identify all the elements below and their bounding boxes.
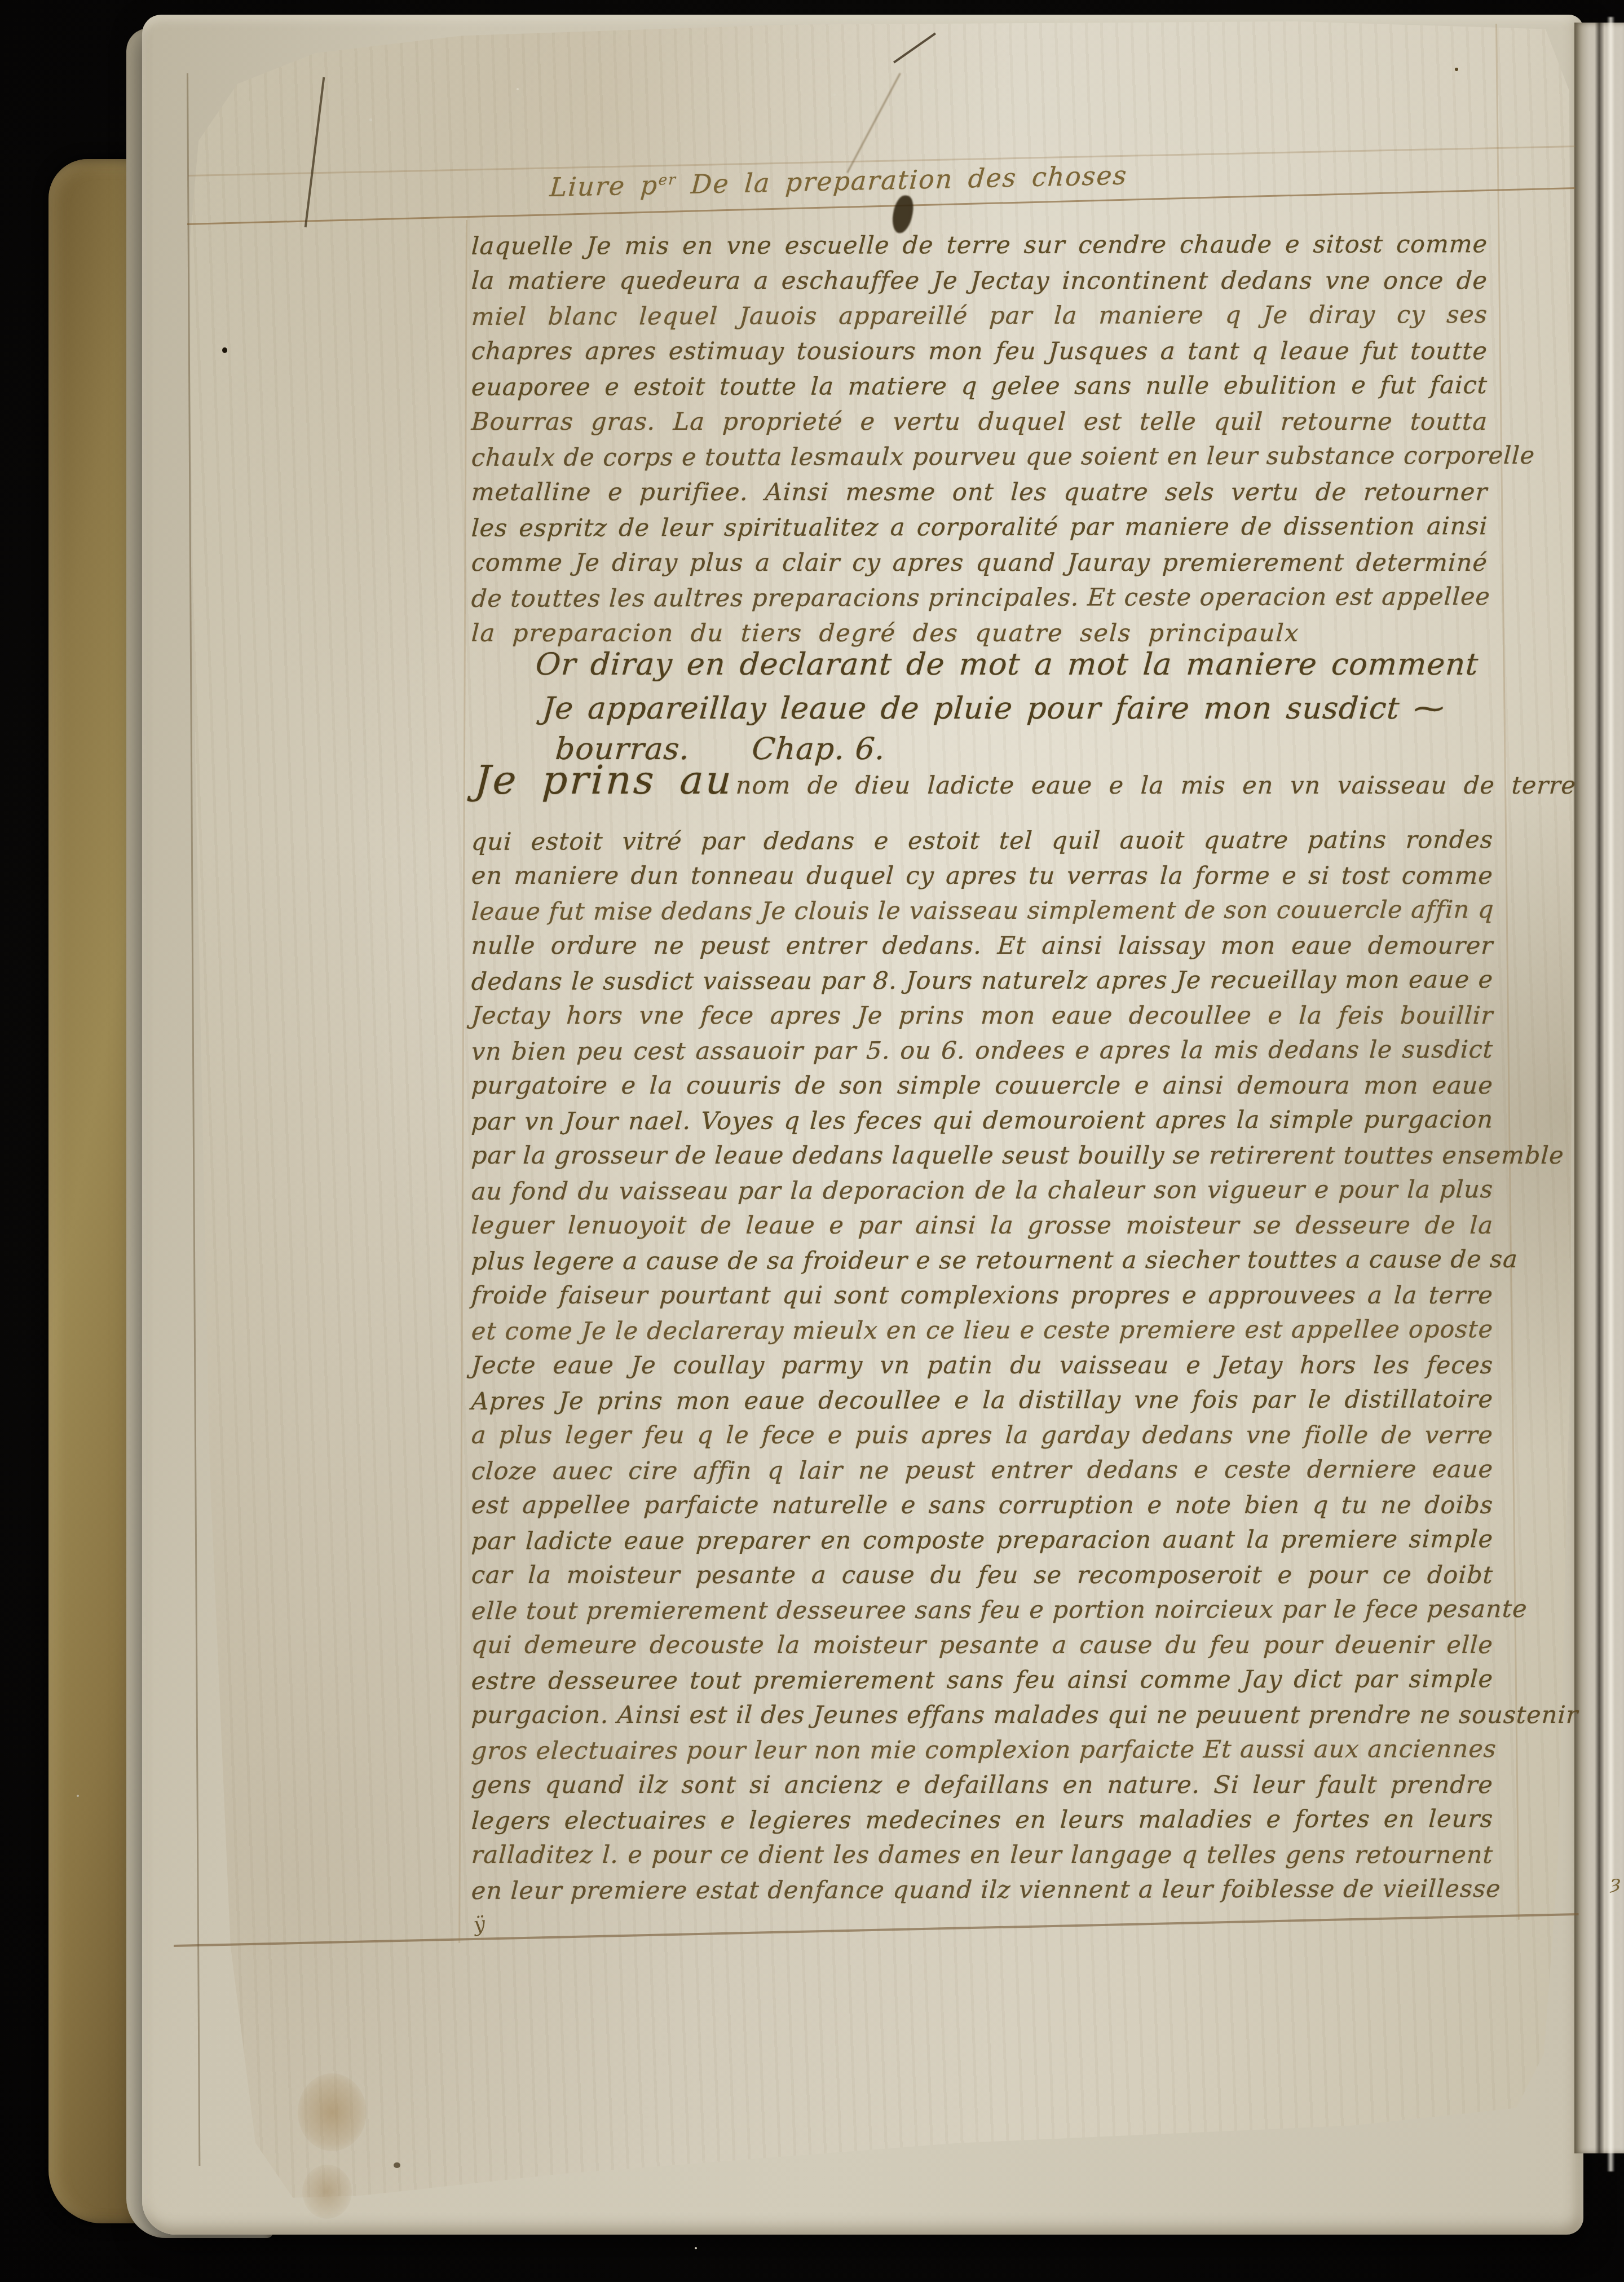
manuscript-text-line: froide faiseur pourtant qui sont complex…: [470, 1278, 1494, 1313]
manuscript-text-line: qui estoit vitré par dedans e estoit tel…: [470, 822, 1494, 860]
manuscript-text-line: purgacion. Ainsi est il des Jeunes effan…: [470, 1698, 1494, 1733]
manuscript-text-line: plus legere a cause de sa froideur e se …: [470, 1242, 1494, 1279]
manuscript-text-line: vn bien peu cest assauoir par 5. ou 6. o…: [470, 1032, 1494, 1069]
manuscript-text-line: Jectay hors vne fece apres Je prins mon …: [470, 998, 1494, 1033]
manuscript-text-line: Apres Je prins mon eaue decoullee e la d…: [470, 1382, 1494, 1419]
dust-speck: [833, 94, 836, 96]
opening-continuation: nom de dieu ladicte eaue e la mis en vn …: [735, 772, 1577, 800]
manuscript-text-line: purgatoire e la couuris de son simple co…: [470, 1068, 1494, 1103]
manuscript-text-line: miel blanc lequel Jauois appareillé par …: [470, 297, 1488, 334]
manuscript-text-line: par vn Jour nael. Voyes q les feces qui …: [470, 1102, 1494, 1139]
dust-speck: [369, 118, 372, 121]
manuscript-text-line: gens quand ilz sont si ancienz e defaill…: [470, 1768, 1494, 1803]
manuscript-text-line: qui demeure decouste la moisteur pesante…: [470, 1628, 1494, 1663]
ink-dot: [1455, 68, 1458, 71]
manuscript-text-line: car la moisteur pesante a cause du feu s…: [470, 1558, 1494, 1593]
running-header-text: Liure p: [549, 170, 659, 202]
manuscript-text-line: et come Je le declareray mieulx en ce li…: [470, 1312, 1494, 1349]
manuscript-text-line: a plus leger feu q le fece e puis apres …: [470, 1418, 1494, 1453]
manuscript-text-line: estre desseuree tout premierement sans f…: [470, 1662, 1494, 1699]
manuscript-text-line: est appellee parfaicte naturelle e sans …: [470, 1488, 1494, 1523]
running-header-superscript: er: [658, 171, 677, 189]
manuscript-text-line: dedans le susdict vaisseau par 8. Jours …: [470, 962, 1494, 999]
manuscript-text-line: ralladitez l. e pour ce dient les dames …: [470, 1838, 1494, 1873]
manuscript-text-line: par la grosseur de leaue dedans laquelle…: [470, 1138, 1494, 1173]
manuscript-text-line: laquelle Je mis en vne escuelle de terre…: [470, 227, 1488, 264]
manuscript-text-line: de touttes les aultres preparacions prin…: [470, 579, 1488, 616]
paragraph-2: qui estoit vitré par dedans e estoit tel…: [471, 823, 1493, 1907]
manuscript-text-line: metalline e purifiee. Ainsi mesme ont le…: [470, 475, 1488, 510]
dust-speck: [517, 88, 519, 90]
opening-words: Je prins au: [474, 757, 735, 803]
manuscript-text-line: gros electuaires pour leur non mie compl…: [470, 1732, 1494, 1769]
manuscript-text-line: chaulx de corps e toutta lesmaulx pourve…: [470, 438, 1488, 475]
dirt-speck: [394, 2162, 400, 2168]
ink-speck: [222, 347, 227, 353]
paragraph-2-opening-line: Je prins au nom de dieu ladicte eaue e l…: [474, 757, 1491, 803]
manuscript-text-line: en leur premiere estat denfance quand il…: [470, 1871, 1494, 1909]
manuscript-text-line: Bourras gras. La proprieté e vertu duque…: [470, 404, 1488, 440]
manuscript-text-line: cloze auec cire affin q lair ne peust en…: [470, 1452, 1494, 1489]
manuscript-text-line: la matiere quedeura a eschauffee Je Ject…: [470, 263, 1488, 299]
chapter-heading-line-1: Or diray en declarant de mot a mot la ma…: [535, 646, 1480, 682]
glass-strap-highlight: [1607, 17, 1614, 2171]
manuscript-text-line: euaporee e estoit toutte la matiere q ge…: [470, 368, 1488, 405]
margin-stain-small: [302, 2165, 352, 2219]
manuscript-text-line: Jecte eaue Je coullay parmy vn patin du …: [470, 1348, 1494, 1383]
manuscript-text-line: par ladicte eaue preparer en composte pr…: [470, 1522, 1494, 1559]
manuscript-text-line: la preparacion du tiers degré des quatre…: [470, 616, 1488, 651]
manuscript-text-line: nulle ordure ne peust entrer dedans. Et …: [470, 928, 1494, 963]
chapter-heading-line-2: Je appareillay leaue de pluie pour faire…: [541, 690, 1446, 726]
manuscript-text-line: au fond du vaisseau par la deporacion de…: [470, 1172, 1494, 1209]
manuscript-text-line: legers electuaires e legieres medecines …: [470, 1801, 1494, 1839]
margin-stain-large: [298, 2073, 367, 2151]
manuscript-text-line: elle tout premierement desseuree sans fe…: [470, 1592, 1494, 1629]
manuscript-text-line: les espritz de leur spiritualitez a corp…: [470, 509, 1488, 546]
manuscript-text-line: en maniere dun tonneau duquel cy apres t…: [470, 858, 1494, 893]
manuscript-text-line: leaue fut mise dedans Je clouis le vaiss…: [470, 892, 1494, 929]
dust-speck: [77, 1795, 79, 1797]
manuscript-text-line: chapres apres estimuay tousiours mon feu…: [470, 334, 1488, 369]
paragraph-1: laquelle Je mis en vne escuelle de terre…: [471, 228, 1488, 651]
manuscript-text-line: comme Je diray plus a clair cy apres qua…: [470, 545, 1488, 581]
gutter-shadow: [1595, 23, 1604, 2153]
dust-speck: [695, 2247, 697, 2249]
manuscript-photo: Liure per De la preparation des choses l…: [0, 0, 1624, 2282]
flyleaf-ink-mark: ȝ: [1610, 1871, 1621, 1894]
manuscript-text-line: leguer lenuoyoit de leaue e par ainsi la…: [470, 1208, 1494, 1243]
